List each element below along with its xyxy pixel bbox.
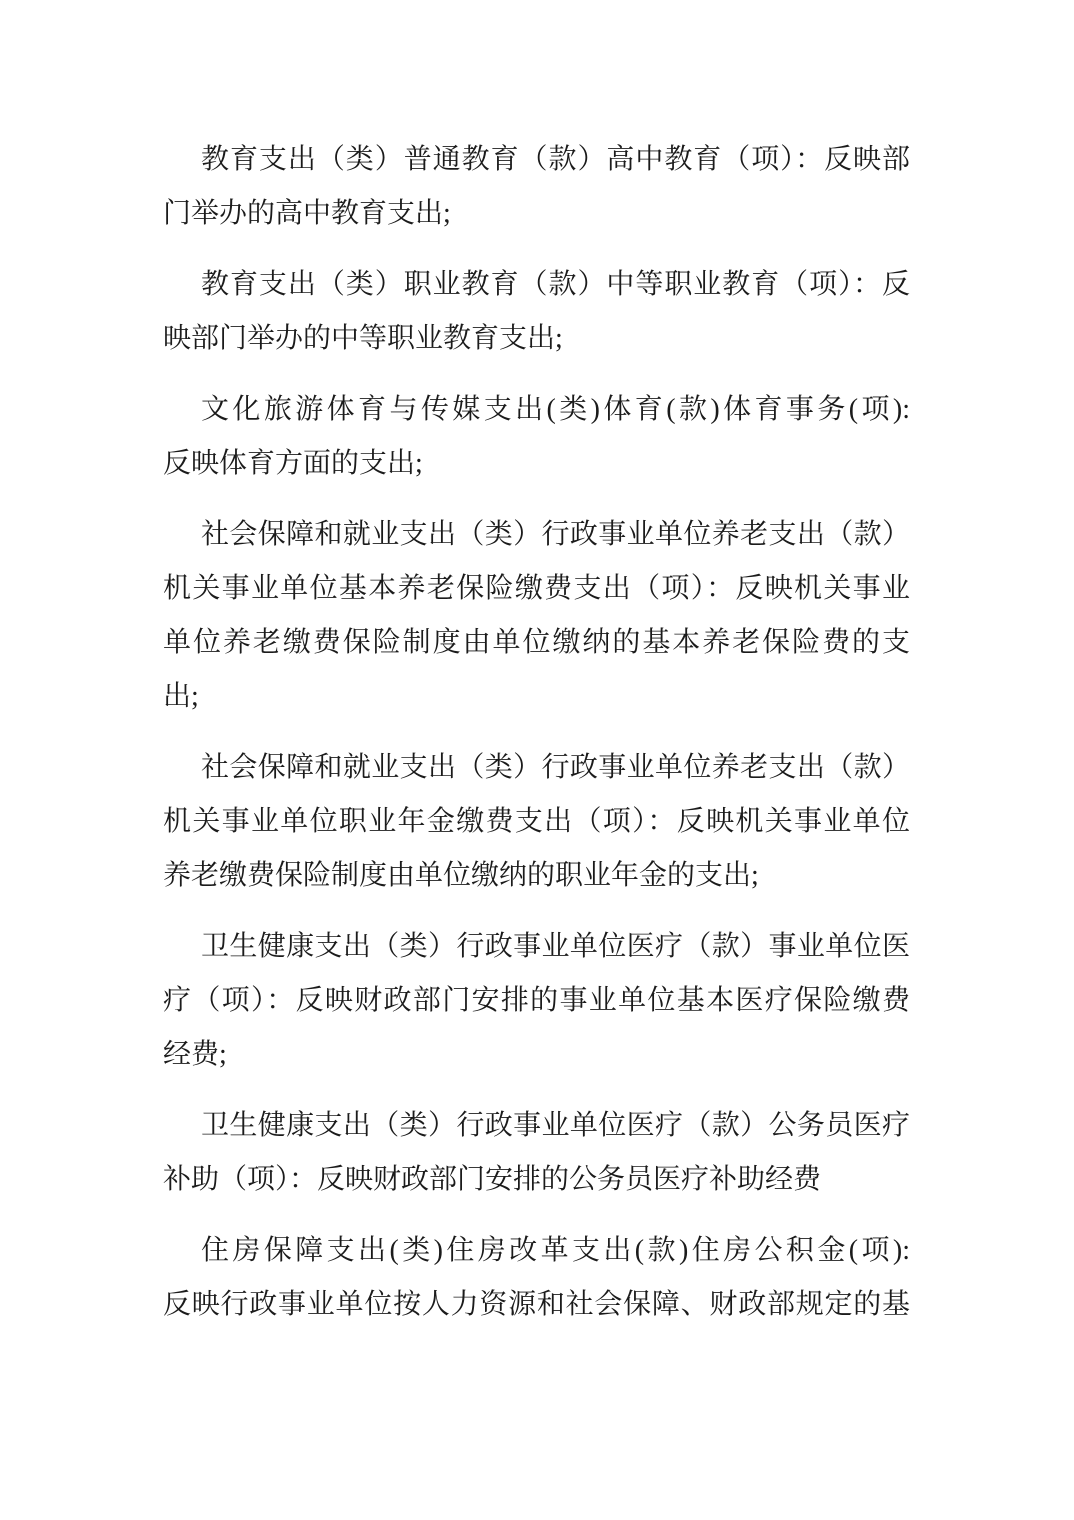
text-line: 住房保障支出(类)住房改革支出(款)住房公积金(项):: [163, 1224, 910, 1278]
paragraph: 住房保障支出(类)住房改革支出(款)住房公积金(项):反映行政事业单位按人力资源…: [163, 1224, 910, 1332]
text-line: 反映体育方面的支出;: [163, 437, 910, 491]
text-line: 出;: [163, 670, 910, 724]
document-page: 教育支出（类）普通教育（款）高中教育（项）：反映部门举办的高中教育支出;教育支出…: [0, 0, 1074, 1520]
text-line: 经费;: [163, 1028, 910, 1082]
text-line: 疗（项）：反映财政部门安排的事业单位基本医疗保险缴费: [163, 974, 910, 1028]
text-line: 机关事业单位基本养老保险缴费支出（项）：反映机关事业: [163, 562, 910, 616]
paragraph: 卫生健康支出（类）行政事业单位医疗（款）公务员医疗补助（项）：反映财政部门安排的…: [163, 1099, 910, 1207]
text-line: 教育支出（类）普通教育（款）高中教育（项）：反映部: [163, 133, 910, 187]
text-line: 单位养老缴费保险制度由单位缴纳的基本养老保险费的支: [163, 616, 910, 670]
text-line: 养老缴费保险制度由单位缴纳的职业年金的支出;: [163, 849, 910, 903]
text-line: 教育支出（类）职业教育（款）中等职业教育（项）：反: [163, 258, 910, 312]
text-line: 反映行政事业单位按人力资源和社会保障、财政部规定的基: [163, 1278, 910, 1332]
paragraph: 卫生健康支出（类）行政事业单位医疗（款）事业单位医疗（项）：反映财政部门安排的事…: [163, 920, 910, 1082]
text-line: 卫生健康支出（类）行政事业单位医疗（款）事业单位医: [163, 920, 910, 974]
document-body: 教育支出（类）普通教育（款）高中教育（项）：反映部门举办的高中教育支出;教育支出…: [163, 133, 910, 1332]
text-line: 文化旅游体育与传媒支出(类)体育(款)体育事务(项):: [163, 383, 910, 437]
paragraph: 社会保障和就业支出（类）行政事业单位养老支出（款）机关事业单位基本养老保险缴费支…: [163, 508, 910, 724]
text-line: 卫生健康支出（类）行政事业单位医疗（款）公务员医疗: [163, 1099, 910, 1153]
text-line: 机关事业单位职业年金缴费支出（项）：反映机关事业单位: [163, 795, 910, 849]
paragraph: 教育支出（类）职业教育（款）中等职业教育（项）：反映部门举办的中等职业教育支出;: [163, 258, 910, 366]
text-line: 补助（项）：反映财政部门安排的公务员医疗补助经费: [163, 1153, 910, 1207]
paragraph: 教育支出（类）普通教育（款）高中教育（项）：反映部门举办的高中教育支出;: [163, 133, 910, 241]
paragraph: 文化旅游体育与传媒支出(类)体育(款)体育事务(项):反映体育方面的支出;: [163, 383, 910, 491]
text-line: 社会保障和就业支出（类）行政事业单位养老支出（款）: [163, 741, 910, 795]
text-line: 社会保障和就业支出（类）行政事业单位养老支出（款）: [163, 508, 910, 562]
text-line: 门举办的高中教育支出;: [163, 187, 910, 241]
text-line: 映部门举办的中等职业教育支出;: [163, 312, 910, 366]
paragraph: 社会保障和就业支出（类）行政事业单位养老支出（款）机关事业单位职业年金缴费支出（…: [163, 741, 910, 903]
